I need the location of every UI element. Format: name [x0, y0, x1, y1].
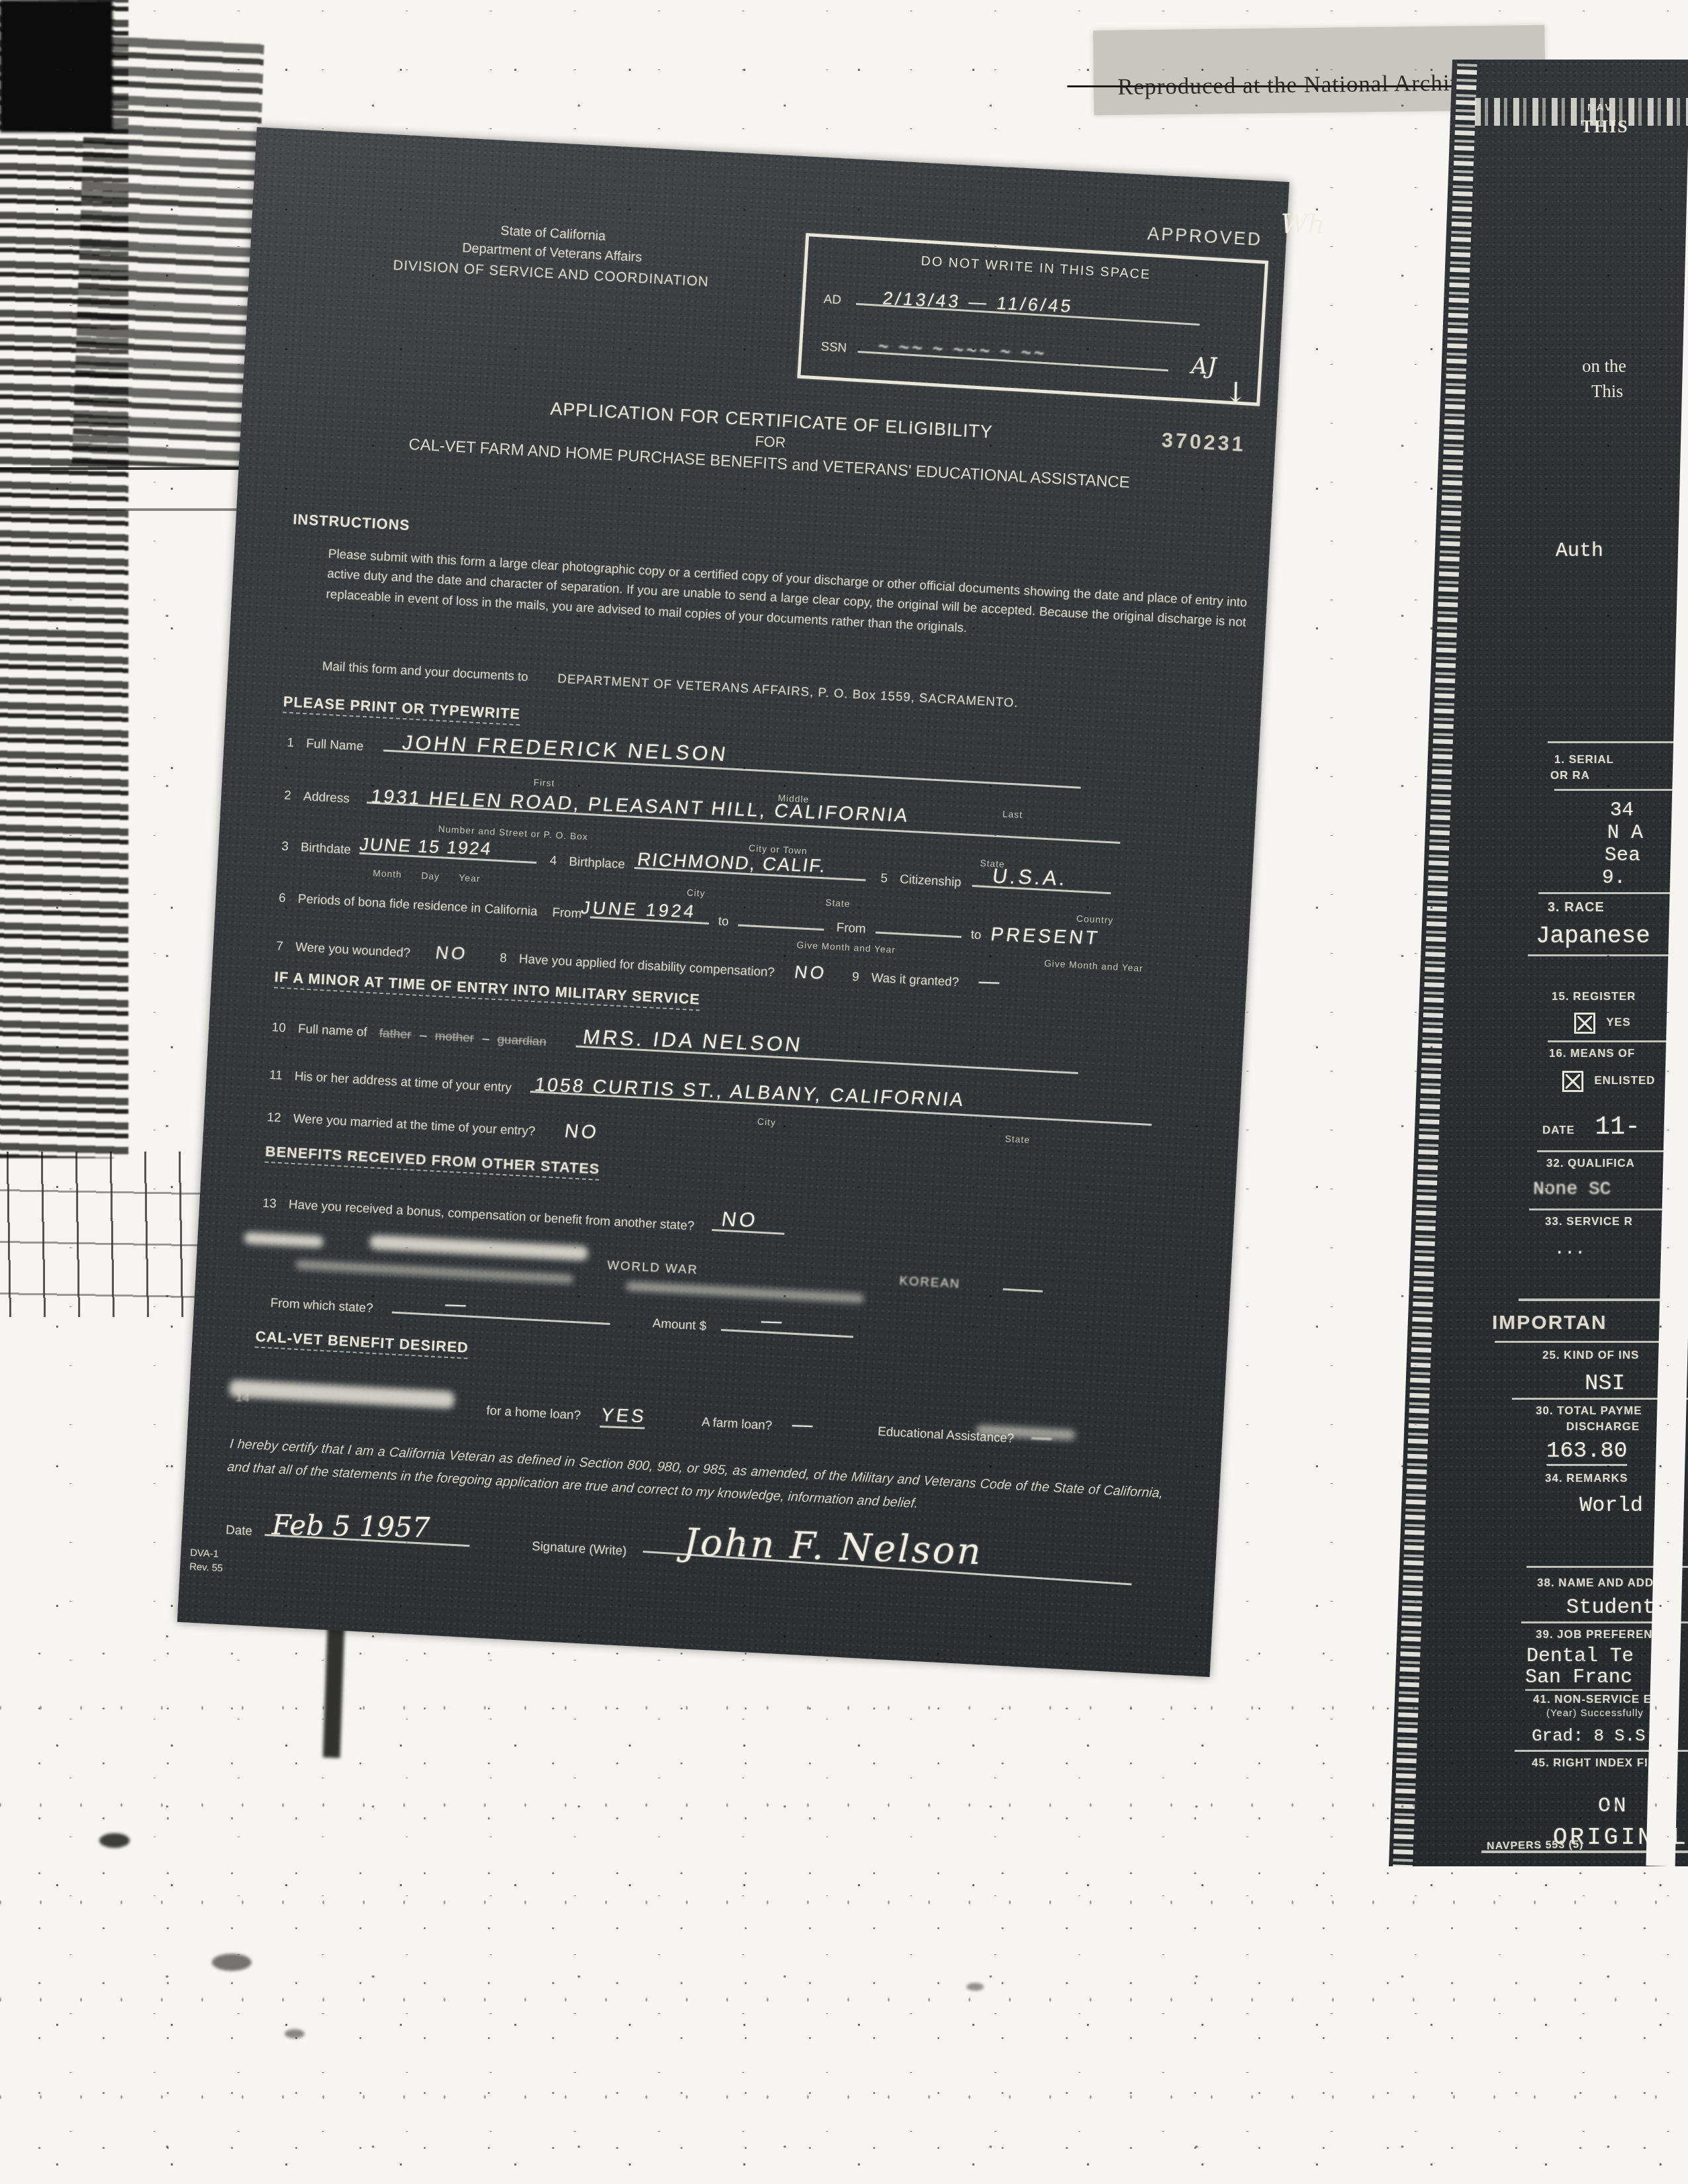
copier-stripe-artifact [72, 34, 265, 470]
side-footer: NAVPERS 553 (5) [1487, 1839, 1584, 1853]
form-revision: Rev. 55 [189, 1561, 223, 1574]
qual-value: None SC [1533, 1179, 1611, 1200]
job-value-2: San Franc [1525, 1666, 1632, 1691]
means-checkbox-row: ENLISTED [1562, 1071, 1656, 1092]
application-form: State of California Department of Vetera… [177, 127, 1289, 1677]
fragment-auth: Auth [1556, 540, 1603, 563]
divider [1528, 954, 1688, 956]
residence-to2-value: PRESENT [990, 924, 1102, 950]
do-not-write-title: DO NOT WRITE IN THIS SPACE [808, 247, 1264, 289]
ssn-row: SSN ~ ~~ ~ ~~~ ~ ~~ AJ [820, 330, 1217, 381]
sublabel-g-state: State [1005, 1133, 1031, 1145]
register-value: YES [1606, 1016, 1630, 1028]
ad-label: AD [823, 293, 842, 308]
fragment-this-2: This [1591, 381, 1623, 402]
form-number: DVA-1 Rev. 55 [189, 1547, 224, 1574]
field-full-name: 1 Full Name JOHN FREDERICK NELSON [287, 729, 1082, 793]
struck-guardian: guardian [497, 1032, 547, 1049]
checked-box-icon [1574, 1013, 1595, 1034]
means-label: 16. MEANS OF [1549, 1047, 1635, 1060]
mail-destination: DEPARTMENT OF VETERANS AFFAIRS, P. O. Bo… [557, 672, 1019, 710]
ssn-label: SSN [820, 340, 847, 355]
kind-label: 25. KIND OF INS [1542, 1349, 1639, 1362]
korean-label: KOREAN [899, 1274, 961, 1291]
race-value: Japanese [1536, 923, 1650, 950]
remarks-label: 34. REMARKS [1545, 1472, 1628, 1485]
divider [1538, 892, 1688, 894]
side-date-value: 11- [1595, 1113, 1640, 1142]
amount-value: — [760, 1308, 786, 1333]
decorative-border [1391, 54, 1477, 1900]
ad-line: 2/13/43 — 11/6/45 [856, 287, 1201, 326]
calvet-section-heading: CAL-VET BENEFIT DESIRED [255, 1328, 469, 1356]
total-value: 163.80 [1546, 1439, 1627, 1466]
ad-row: AD 2/13/43 — 11/6/45 [823, 285, 1201, 330]
do-not-write-box: DO NOT WRITE IN THIS SPACE AD 2/13/43 — … [797, 233, 1268, 406]
important-heading: IMPORTAN [1492, 1312, 1607, 1334]
name-label: 38. NAME AND ADD [1537, 1576, 1654, 1590]
sublabel-first: First [534, 777, 555, 789]
register-label: 15. REGISTER [1552, 990, 1636, 1003]
birthdate-value: JUNE 15 1924 [358, 835, 493, 860]
struck-father: father [379, 1026, 412, 1042]
citizenship-line: U.S.A. [972, 869, 1111, 894]
instructions-heading: INSTRUCTIONS [293, 511, 410, 534]
smear [295, 1260, 573, 1284]
sublabel-g-city: City [757, 1116, 776, 1127]
side-date-row: DATE 11- [1542, 1113, 1640, 1142]
home-loan-value: YES [599, 1404, 647, 1429]
field-married: 12 Were you married at the time of your … [267, 1105, 600, 1144]
side-document: NAV THIS on the This Auth 1. SERIAL OR R… [1389, 60, 1688, 1866]
name-value: Student [1566, 1595, 1655, 1619]
divider [1548, 741, 1688, 743]
sublabel-mdy: Month Day Year [373, 868, 481, 884]
bonus-value: NO [720, 1207, 759, 1232]
sublabel-bp-city: City [686, 887, 706, 898]
form-title: APPLICATION FOR CERTIFICATE OF ELIGIBILI… [379, 390, 1162, 494]
residence-to-line [738, 908, 825, 931]
date-line: Feb 5 1957 [264, 1518, 470, 1547]
down-arrow-icon: ↓ [1224, 376, 1248, 409]
sublabel-month-year-2: Give Month and Year [1044, 958, 1143, 974]
war-blank [1003, 1272, 1043, 1292]
world-war-label: WORLD WAR [607, 1259, 699, 1277]
ink-blob [966, 1983, 984, 1991]
qual-label: 32. QUALIFICA [1546, 1157, 1635, 1170]
serial-label: 1. SERIAL [1554, 753, 1614, 766]
full-name-line: JOHN FREDERICK NELSON [383, 734, 1082, 789]
residence-from2-line [875, 915, 962, 938]
smear [369, 1234, 588, 1261]
sublabel-month-year-1: Give Month and Year [796, 939, 896, 955]
serial-label-2: OR RA [1550, 769, 1590, 782]
approved-initials: Wh [1280, 208, 1325, 241]
residence-from-line: JUNE 1924 [590, 900, 710, 925]
guardian-address-value: 1058 CURTIS ST., ALBANY, CALIFORNIA [533, 1074, 966, 1111]
granted-value: — [978, 969, 1004, 993]
scanned-page: Reproduced at the National Archives, S S… [0, 0, 1688, 2184]
birthdate-line: JUNE 15 1924 [359, 837, 537, 864]
amount-blank: — [721, 1313, 854, 1338]
instructions-body: Please submit with this form a large cle… [326, 545, 1248, 654]
benefits-section-heading: BENEFITS RECEIVED FROM OTHER STATES [265, 1143, 600, 1178]
bonus-line: NO [712, 1213, 785, 1235]
serial-value-2: N A [1607, 822, 1643, 844]
birthplace-line: RICHMOND, CALIF. [634, 851, 867, 882]
state-value: — [444, 1292, 470, 1316]
wounded-value: NO [434, 943, 469, 965]
guardian-line: MRS. IDA NELSON [575, 1030, 1078, 1074]
checked-box-icon [1562, 1071, 1583, 1092]
farm-loan-value: — [791, 1412, 818, 1437]
service-label: 33. SERVICE R [1545, 1215, 1633, 1228]
married-value: NO [563, 1120, 600, 1144]
field-bonus: 13 Have you received a bonus, compensati… [262, 1189, 785, 1239]
guardian-value: MRS. IDA NELSON [581, 1025, 804, 1057]
sublabel-country: Country [1076, 913, 1114, 926]
agency-header: State of California Department of Vetera… [361, 216, 744, 292]
edge-fragment: NAV [1587, 102, 1614, 113]
ssn-line: ~ ~~ ~ ~~~ ~ ~~ [857, 335, 1169, 371]
serial-value-1: 34 [1610, 799, 1634, 822]
serial-value-4: 9. [1602, 867, 1626, 889]
job-value-1: Dental Te [1526, 1645, 1634, 1668]
remarks-value: World [1579, 1493, 1643, 1518]
smear [244, 1232, 324, 1248]
full-name-value: JOHN FREDERICK NELSON [400, 731, 729, 766]
serial-value-3: Sea [1605, 844, 1640, 867]
fragment-on-the: on the [1582, 356, 1626, 377]
signature-line: John F. Nelson [643, 1535, 1133, 1586]
form-serial-number: 370231 [1161, 428, 1246, 457]
guardian-address-line: 1058 CURTIS ST., ALBANY, CALIFORNIA [530, 1075, 1152, 1126]
citizenship-value: U.S.A. [991, 864, 1070, 891]
means-value: ENLISTED [1594, 1074, 1655, 1087]
job-label: 39. JOB PREFERENC [1536, 1628, 1662, 1641]
signature-row: Date Feb 5 1957 Signature (Write) John F… [226, 1516, 1133, 1586]
ink-blob [99, 1833, 130, 1848]
approved-stamp: APPROVED [1147, 224, 1262, 250]
handwritten-arrow: ↓ [1223, 375, 1248, 409]
ink-blob [212, 1954, 252, 1971]
finger-label: 45. RIGHT INDEX FI [1532, 1756, 1648, 1770]
ink-blob [285, 2029, 305, 2038]
nonservice-label: 41. NON-SERVICE E [1533, 1693, 1652, 1706]
sublabel-last: Last [1002, 808, 1023, 820]
address-value: 1931 HELEN ROAD, PLEASANT HILL, CALIFORN… [369, 786, 911, 827]
race-label: 3. RACE [1548, 900, 1605, 915]
disability-value: NO [793, 962, 828, 984]
nonservice-sub: (Year) Successfully [1546, 1707, 1644, 1719]
sublabel-bp-state: State [825, 897, 851, 909]
copier-edge-artifact [0, 0, 128, 1158]
total-label-2: DISCHARGE [1566, 1420, 1640, 1433]
register-checkbox-row: YES [1574, 1013, 1630, 1034]
signature-value: John F. Nelson [682, 1521, 983, 1574]
print-heading: PLEASE PRINT OR TYPEWRITE [283, 693, 521, 723]
corner-smudge [0, 0, 113, 132]
residence-from-value: JUNE 1924 [579, 897, 697, 922]
ssn-value: ~ ~~ ~ ~~~ ~ ~~ [876, 337, 1049, 365]
state-blank: — [392, 1295, 611, 1325]
ad-value: 2/13/43 — 11/6/45 [881, 289, 1074, 317]
total-label-1: 30. TOTAL PAYME [1536, 1404, 1642, 1418]
date-value: Feb 5 1957 [271, 1508, 430, 1543]
divider [1554, 789, 1688, 791]
ellipsis: ... [1554, 1239, 1585, 1259]
corner-initials: AJ [1191, 353, 1217, 380]
stamp-on: ON [1598, 1794, 1628, 1818]
nonservice-value: Grad: 8 S.S: [1532, 1726, 1656, 1746]
kind-value: NSI [1585, 1371, 1625, 1396]
fragment-this: THIS [1581, 116, 1629, 137]
struck-mother: mother [434, 1029, 474, 1045]
